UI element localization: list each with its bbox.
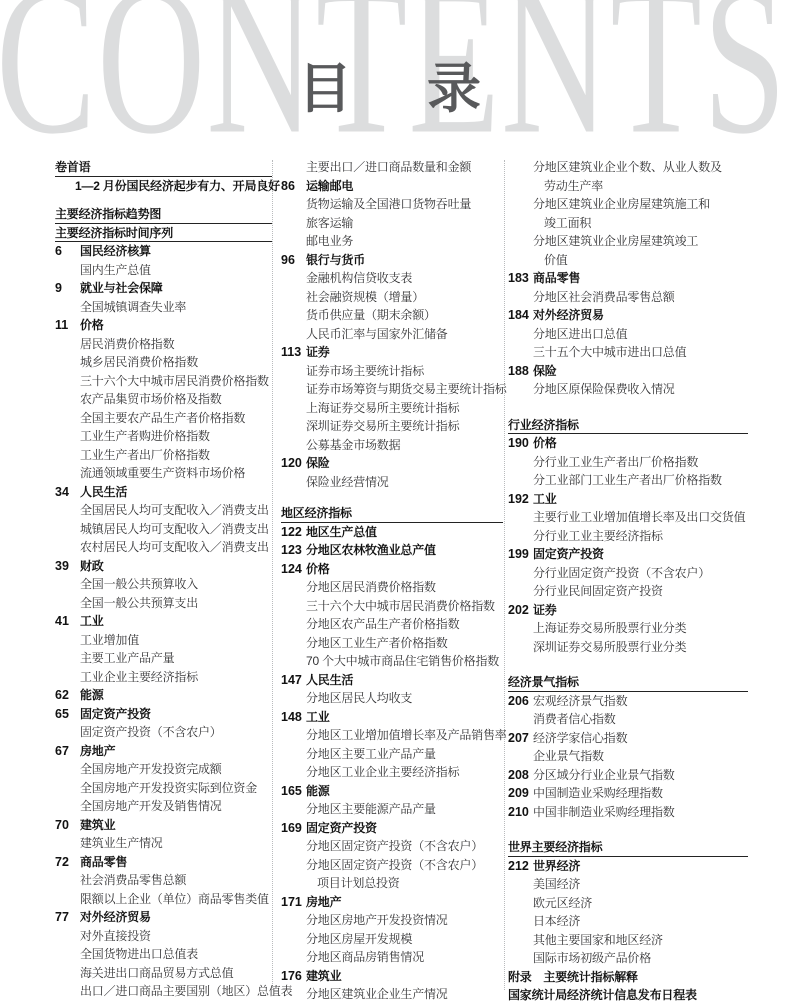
- toc-entry-row: 分地区工业企业主要经济指标: [281, 763, 503, 782]
- toc-page: CONTENTS 目 录 卷首语1—2 月份国民经济起步有力、开局良好主要经济指…: [0, 0, 794, 1004]
- entry-title: 流通领域重要生产资料市场价格: [80, 466, 245, 480]
- page-number: 212: [508, 857, 529, 876]
- page-number: 6: [55, 242, 62, 261]
- entry-title: 价格: [533, 436, 557, 450]
- toc-entry-row: 建筑业生产情况: [55, 834, 272, 853]
- toc-entry-row: 出口／进口商品主要国别（地区）总值表: [55, 982, 272, 1001]
- entry-title: 全国房地产开发投资完成额: [80, 762, 222, 776]
- column-gap: [55, 195, 272, 205]
- entry-title: 建筑业: [306, 969, 341, 983]
- page-number: 202: [508, 601, 529, 620]
- entry-title: 金融机构信贷收支表: [306, 271, 412, 285]
- toc-entry-row: 分行业民间固定资产投资: [508, 582, 748, 601]
- entry-title: 分地区房地产开发投资情况: [306, 913, 448, 927]
- toc-section-header: 主要经济指标趋势图: [55, 205, 272, 224]
- toc-entry-row: 分地区原保险保费收入情况: [508, 380, 748, 399]
- page-number: 113: [281, 343, 301, 362]
- toc-chapter-row: 169固定资产投资: [281, 819, 503, 838]
- page-number: 39: [55, 557, 69, 576]
- entry-title: 价格: [306, 562, 330, 576]
- entry-title: 中国制造业采购经理指数: [533, 786, 663, 800]
- entry-title: 价格: [80, 318, 104, 332]
- entry-title: 经济学家信心指数: [533, 731, 627, 745]
- toc-entry-row: 流通领域重要生产资料市场价格: [55, 464, 272, 483]
- toc-entry-row: 证券市场筹资与期货交易主要统计指标: [281, 380, 503, 399]
- entry-title: 分地区社会消费品零售总额: [533, 290, 675, 304]
- column-divider: [272, 160, 273, 990]
- entry-title: 深圳证券交易所主要统计指标: [306, 419, 459, 433]
- toc-column-left: 卷首语1—2 月份国民经济起步有力、开局良好主要经济指标趋势图主要经济指标时间序…: [55, 158, 272, 1001]
- entry-title: 证券: [533, 603, 557, 617]
- toc-entry-row: 价值: [508, 251, 748, 270]
- entry-title: 工业生产者出厂价格指数: [80, 448, 210, 462]
- toc-entry-row: 日本经济: [508, 912, 748, 931]
- entry-title: 全国主要农产品生产者价格指数: [80, 411, 245, 425]
- entry-title: 其他主要国家和地区经济: [533, 933, 663, 947]
- column-gap: [281, 491, 503, 504]
- toc-entry-row: 货币供应量（期末余额）: [281, 306, 503, 325]
- entry-title: 社会消费品零售总额: [80, 873, 186, 887]
- entry-title: 分地区固定资产投资（不含农户）: [306, 839, 483, 853]
- entry-title: 分地区农林牧渔业总产值: [306, 543, 436, 557]
- page-number: 176: [281, 967, 302, 986]
- toc-chapter-row: 208分区域分行业企业景气指数: [508, 766, 748, 785]
- toc-entry-row: 分地区主要能源产品产量: [281, 800, 503, 819]
- toc-chapter-row: 70建筑业: [55, 816, 272, 835]
- page-number: 171: [281, 893, 302, 912]
- entry-title: 运输邮电: [306, 179, 353, 193]
- entry-title: 分行业固定资产投资（不含农户）: [533, 566, 710, 580]
- entry-title: 出口／进口商品主要国别（地区）总值表: [80, 984, 292, 998]
- toc-entry-row: 消费者信心指数: [508, 710, 748, 729]
- toc-section-header: 主要经济指标时间序列: [55, 224, 272, 243]
- entry-title: 竣工面积: [544, 216, 591, 230]
- entry-title: 公募基金市场数据: [306, 438, 400, 452]
- toc-entry-row: 分地区商品房销售情况: [281, 948, 503, 967]
- entry-title: 固定资产投资（不含农户）: [80, 725, 222, 739]
- entry-title: 分地区主要工业产品产量: [306, 747, 436, 761]
- toc-section-header: 卷首语: [55, 158, 272, 177]
- toc-entry-row: 全国城镇调查失业率: [55, 298, 272, 317]
- toc-entry-row: 主要工业产品产量: [55, 649, 272, 668]
- toc-chapter-row: 192工业: [508, 490, 748, 509]
- entry-title: 分地区原保险保费收入情况: [533, 382, 675, 396]
- entry-title: 证券: [306, 345, 330, 359]
- entry-title: 分地区商品房销售情况: [306, 950, 424, 964]
- toc-chapter-row: 148工业: [281, 708, 503, 727]
- page-number: 41: [55, 612, 69, 631]
- entry-title: 国内生产总值: [80, 263, 151, 277]
- toc-chapter-row: 6国民经济核算: [55, 242, 272, 261]
- entry-title: 财政: [80, 559, 104, 573]
- toc-chapter-row: 202证券: [508, 601, 748, 620]
- toc-entry-row: 全国居民人均可支配收入／消费支出: [55, 501, 272, 520]
- entry-title: 70 个大中城市商品住宅销售价格指数: [306, 654, 499, 668]
- page-title: 目 录: [298, 46, 483, 123]
- toc-section-header: 地区经济指标: [281, 504, 503, 523]
- toc-entry-row: 城镇居民人均可支配收入／消费支出: [55, 520, 272, 539]
- toc-chapter-row: 190价格: [508, 434, 748, 453]
- toc-entry-row: 国际市场初级产品价格: [508, 949, 748, 968]
- toc-chapter-row: 96银行与货币: [281, 251, 503, 270]
- entry-title: 分行业工业主要经济指标: [533, 529, 663, 543]
- toc-entry-row: 全国房地产开发投资实际到位资金: [55, 779, 272, 798]
- column-gap: [508, 821, 748, 838]
- page-number: 184: [508, 306, 529, 325]
- toc-entry-row: 居民消费价格指数: [55, 335, 272, 354]
- toc-entry-row: 分工业部门工业生产者出厂价格指数: [508, 471, 748, 490]
- page-number: 206: [508, 692, 529, 711]
- entry-title: 国际市场初级产品价格: [533, 951, 651, 965]
- entry-title: 企业景气指数: [533, 749, 604, 763]
- page-number: 209: [508, 784, 529, 803]
- entry-title: 日本经济: [533, 914, 580, 928]
- entry-title: 货币供应量（期末余额）: [306, 308, 436, 322]
- toc-section-header: 行业经济指标: [508, 416, 748, 435]
- toc-entry-row: 固定资产投资（不含农户）: [55, 723, 272, 742]
- toc-entry-row: 分地区农产品生产者价格指数: [281, 615, 503, 634]
- entry-title: 上海证券交易所主要统计指标: [306, 401, 459, 415]
- entry-title: 上海证券交易所股票行业分类: [533, 621, 686, 635]
- entry-title: 地区生产总值: [306, 525, 377, 539]
- page-number: 208: [508, 766, 529, 785]
- toc-entry-row: 主要出口／进口商品数量和金额: [281, 158, 503, 177]
- toc-entry-row: 深圳证券交易所主要统计指标: [281, 417, 503, 436]
- entry-title: 工业: [533, 492, 557, 506]
- page-number: 124: [281, 560, 302, 579]
- entry-title: 人民生活: [306, 673, 353, 687]
- entry-title: 建筑业生产情况: [80, 836, 163, 850]
- toc-chapter-row: 209中国制造业采购经理指数: [508, 784, 748, 803]
- entry-title: 城乡居民消费价格指数: [80, 355, 198, 369]
- entry-title: 主要经济指标时间序列: [55, 226, 173, 240]
- toc-entry-row: 项目计划总投资: [281, 874, 503, 893]
- column-gap: [508, 399, 748, 416]
- page-number: 199: [508, 545, 529, 564]
- entry-title: 证券市场主要统计指标: [306, 364, 424, 378]
- entry-title: 保险: [306, 456, 330, 470]
- page-number: 62: [55, 686, 69, 705]
- toc-entry-row: 主要行业工业增加值增长率及出口交货值: [508, 508, 748, 527]
- toc-entry-row: 分地区居民人均收支: [281, 689, 503, 708]
- toc-entry-row: 全国货物进出口总值表: [55, 945, 272, 964]
- entry-title: 分地区固定资产投资（不含农户）: [306, 858, 483, 872]
- toc-entry-row: 社会融资规模（增量）: [281, 288, 503, 307]
- toc-chapter-row: 188保险: [508, 362, 748, 381]
- entry-title: 分地区建筑业企业生产情况: [306, 987, 448, 1001]
- page-number: 183: [508, 269, 529, 288]
- toc-entry-row: 美国经济: [508, 875, 748, 894]
- toc-entry-row: 证券市场主要统计指标: [281, 362, 503, 381]
- page-number: 34: [55, 483, 69, 502]
- toc-entry-row: 分行业工业生产者出厂价格指数: [508, 453, 748, 472]
- page-number: 11: [55, 316, 68, 335]
- entry-title: 房地产: [80, 744, 115, 758]
- toc-entry-row: 公募基金市场数据: [281, 436, 503, 455]
- toc-chapter-row: 65固定资产投资: [55, 705, 272, 724]
- entry-title: 人民生活: [80, 485, 127, 499]
- toc-entry-row: 城乡居民消费价格指数: [55, 353, 272, 372]
- entry-title: 人民币汇率与国家外汇储备: [306, 327, 448, 341]
- page-number: 70: [55, 816, 69, 835]
- toc-entry-row: 国内生产总值: [55, 261, 272, 280]
- entry-title: 分地区工业增加值增长率及产品销售率: [306, 728, 507, 742]
- toc-entry-row: 工业生产者出厂价格指数: [55, 446, 272, 465]
- entry-title: 对外经济贸易: [533, 308, 604, 322]
- entry-title: 世界经济: [533, 859, 580, 873]
- toc-entry-row: 分地区工业生产者价格指数: [281, 634, 503, 653]
- toc-chapter-row: 9就业与社会保障: [55, 279, 272, 298]
- toc-entry-row: 竣工面积: [508, 214, 748, 233]
- toc-chapter-row: 124价格: [281, 560, 503, 579]
- entry-title: 能源: [80, 688, 104, 702]
- entry-title: 三十六个大中城市居民消费价格指数: [306, 599, 495, 613]
- page-number: 192: [508, 490, 529, 509]
- page-number: 169: [281, 819, 302, 838]
- entry-title: 固定资产投资: [533, 547, 604, 561]
- toc-entry-row: 人民币汇率与国家外汇储备: [281, 325, 503, 344]
- entry-title: 国家统计局经济统计信息发布日程表: [508, 988, 697, 1002]
- toc-entry-row: 分地区建筑业企业个数、从业人数及: [508, 158, 748, 177]
- toc-chapter-row: 210中国非制造业采购经理指数: [508, 803, 748, 822]
- entry-title: 分地区建筑业企业房屋建筑施工和: [533, 197, 710, 211]
- entry-title: 主要工业产品产量: [80, 651, 174, 665]
- page-number: 67: [55, 742, 69, 761]
- toc-entry-row: 货物运输及全国港口货物吞吐量: [281, 195, 503, 214]
- entry-title: 居民消费价格指数: [80, 337, 174, 351]
- entry-title: 中国非制造业采购经理指数: [533, 805, 675, 819]
- toc-chapter-row: 62能源: [55, 686, 272, 705]
- entry-title: 城镇居民人均可支配收入／消费支出: [80, 522, 269, 536]
- entry-title: 对外经济贸易: [80, 910, 151, 924]
- entry-title: 证券市场筹资与期货交易主要统计指标: [306, 382, 507, 396]
- entry-title: 就业与社会保障: [80, 281, 163, 295]
- page-number: 120: [281, 454, 302, 473]
- entry-title: 项目计划总投资: [317, 876, 400, 890]
- toc-chapter-row: 212世界经济: [508, 857, 748, 876]
- toc-chapter-row: 199固定资产投资: [508, 545, 748, 564]
- toc-entry-row: 金融机构信贷收支表: [281, 269, 503, 288]
- toc-section-header: 世界主要经济指标: [508, 838, 748, 857]
- entry-title: 世界主要经济指标: [508, 840, 602, 854]
- entry-title: 欧元区经济: [533, 896, 592, 910]
- entry-title: 分地区建筑业企业个数、从业人数及: [533, 160, 722, 174]
- entry-title: 保险业经营情况: [306, 475, 389, 489]
- page-number: 77: [55, 908, 69, 927]
- toc-entry-row: 分行业固定资产投资（不含农户）: [508, 564, 748, 583]
- toc-section-header: 经济景气指标: [508, 673, 748, 692]
- toc-entry-row: 工业企业主要经济指标: [55, 668, 272, 687]
- toc-chapter-row: 72商品零售: [55, 853, 272, 872]
- entry-title: 全国房地产开发投资实际到位资金: [80, 781, 257, 795]
- entry-title: 全国货物进出口总值表: [80, 947, 198, 961]
- toc-entry-row: 分地区房地产开发投资情况: [281, 911, 503, 930]
- entry-title: 全国居民人均可支配收入／消费支出: [80, 503, 269, 517]
- entry-title: 全国城镇调查失业率: [80, 300, 186, 314]
- toc-entry-row: 1—2 月份国民经济起步有力、开局良好: [55, 177, 272, 196]
- toc-chapter-row: 165能源: [281, 782, 503, 801]
- entry-title: 工业: [80, 614, 104, 628]
- entry-title: 固定资产投资: [306, 821, 377, 835]
- toc-entry-row: 社会消费品零售总额: [55, 871, 272, 890]
- entry-title: 能源: [306, 784, 330, 798]
- toc-chapter-row: 176建筑业: [281, 967, 503, 986]
- entry-title: 建筑业: [80, 818, 115, 832]
- entry-title: 商品零售: [533, 271, 580, 285]
- toc-entry-row: 上海证券交易所股票行业分类: [508, 619, 748, 638]
- toc-entry-row: 保险业经营情况: [281, 473, 503, 492]
- toc-entry-row: 分地区主要工业产品产量: [281, 745, 503, 764]
- page-number: 72: [55, 853, 69, 872]
- entry-title: 分区域分行业企业景气指数: [533, 768, 675, 782]
- entry-title: 海关进出口商品贸易方式总值: [80, 966, 233, 980]
- entry-title: 银行与货币: [306, 253, 365, 267]
- entry-title: 对外直接投资: [80, 929, 151, 943]
- entry-title: 分地区工业生产者价格指数: [306, 636, 448, 650]
- toc-entry-row: 分地区进出口总值: [508, 325, 748, 344]
- entry-title: 房地产: [306, 895, 341, 909]
- toc-chapter-row: 206宏观经济景气指数: [508, 692, 748, 711]
- toc-entry-row: 全国一般公共预算收入: [55, 575, 272, 594]
- toc-chapter-row: 86运输邮电: [281, 177, 503, 196]
- entry-title: 全国房地产开发及销售情况: [80, 799, 222, 813]
- toc-entry-row: 劳动生产率: [508, 177, 748, 196]
- entry-title: 分行业工业生产者出厂价格指数: [533, 455, 698, 469]
- toc-entry-row: 全国房地产开发投资完成额: [55, 760, 272, 779]
- toc-chapter-row: 122地区生产总值: [281, 523, 503, 542]
- entry-title: 保险: [533, 364, 557, 378]
- entry-title: 工业企业主要经济指标: [80, 670, 198, 684]
- entry-title: 工业生产者购进价格指数: [80, 429, 210, 443]
- entry-title: 分地区主要能源产品产量: [306, 802, 436, 816]
- entry-title: 1—2 月份国民经济起步有力、开局良好: [75, 179, 280, 193]
- toc-entry-row: 工业生产者购进价格指数: [55, 427, 272, 446]
- toc-chapter-row: 67房地产: [55, 742, 272, 761]
- toc-entry-row: 上海证券交易所主要统计指标: [281, 399, 503, 418]
- page-number: 165: [281, 782, 302, 801]
- toc-entry-row: 分地区建筑业企业生产情况: [281, 985, 503, 1004]
- page-number: 65: [55, 705, 69, 724]
- toc-entry-row: 对外直接投资: [55, 927, 272, 946]
- toc-column-right: 分地区建筑业企业个数、从业人数及劳动生产率分地区建筑业企业房屋建筑施工和竣工面积…: [508, 158, 748, 1004]
- entry-title: 卷首语: [55, 160, 90, 174]
- entry-title: 旅客运输: [306, 216, 353, 230]
- toc-entry-row: 其他主要国家和地区经济: [508, 931, 748, 950]
- entry-title: 分地区工业企业主要经济指标: [306, 765, 459, 779]
- toc-entry-row: 分地区工业增加值增长率及产品销售率: [281, 726, 503, 745]
- toc-chapter-row: 41工业: [55, 612, 272, 631]
- entry-title: 国民经济核算: [80, 244, 151, 258]
- page-number: 86: [281, 177, 295, 196]
- entry-title: 社会融资规模（增量）: [306, 290, 424, 304]
- toc-entry-row: 分地区固定资产投资（不含农户）: [281, 837, 503, 856]
- toc-chapter-row: 120保险: [281, 454, 503, 473]
- entry-title: 宏观经济景气指数: [533, 694, 627, 708]
- entry-title: 分地区房屋开发规模: [306, 932, 412, 946]
- entry-title: 邮电业务: [306, 234, 353, 248]
- page-number: 96: [281, 251, 295, 270]
- toc-chapter-row: 184对外经济贸易: [508, 306, 748, 325]
- entry-title: 深圳证券交易所股票行业分类: [533, 640, 686, 654]
- toc-entry-row: 附录 主要统计指标解释: [508, 968, 748, 987]
- toc-entry-row: 三十五个大中城市进出口总值: [508, 343, 748, 362]
- entry-title: 工业: [306, 710, 330, 724]
- toc-entry-row: 工业增加值: [55, 631, 272, 650]
- toc-entry-row: 70 个大中城市商品住宅销售价格指数: [281, 652, 503, 671]
- toc-entry-row: 国家统计局经济统计信息发布日程表: [508, 986, 748, 1004]
- entry-title: 分地区建筑业企业房屋建筑竣工: [533, 234, 698, 248]
- toc-chapter-row: 123分地区农林牧渔业总产值: [281, 541, 503, 560]
- page-number: 9: [55, 279, 62, 298]
- toc-entry-row: 分地区居民消费价格指数: [281, 578, 503, 597]
- page-number: 122: [281, 523, 302, 542]
- toc-chapter-row: 39财政: [55, 557, 272, 576]
- toc-entry-row: 深圳证券交易所股票行业分类: [508, 638, 748, 657]
- entry-title: 分地区农产品生产者价格指数: [306, 617, 459, 631]
- toc-column-middle: 主要出口／进口商品数量和金额86运输邮电货物运输及全国港口货物吞吐量旅客运输邮电…: [281, 158, 503, 1004]
- entry-title: 分地区居民消费价格指数: [306, 580, 436, 594]
- page-number: 147: [281, 671, 302, 690]
- entry-title: 主要行业工业增加值增长率及出口交货值: [533, 510, 745, 524]
- toc-chapter-row: 77对外经济贸易: [55, 908, 272, 927]
- toc-chapter-row: 11价格: [55, 316, 272, 335]
- entry-title: 主要出口／进口商品数量和金额: [306, 160, 471, 174]
- toc-chapter-row: 171房地产: [281, 893, 503, 912]
- column-gap: [508, 656, 748, 673]
- toc-entry-row: 分行业工业主要经济指标: [508, 527, 748, 546]
- entry-title: 农产品集贸市场价格及指数: [80, 392, 222, 406]
- column-divider: [504, 160, 505, 990]
- toc-entry-row: 分地区房屋开发规模: [281, 930, 503, 949]
- page-number: 148: [281, 708, 302, 727]
- toc-entry-row: 农村居民人均可支配收入／消费支出: [55, 538, 272, 557]
- page-number: 188: [508, 362, 529, 381]
- entry-title: 附录 主要统计指标解释: [508, 970, 638, 984]
- entry-title: 消费者信心指数: [533, 712, 616, 726]
- entry-title: 地区经济指标: [281, 506, 352, 520]
- entry-title: 分地区进出口总值: [533, 327, 627, 341]
- page-number: 207: [508, 729, 529, 748]
- toc-entry-row: 欧元区经济: [508, 894, 748, 913]
- entry-title: 全国一般公共预算支出: [80, 596, 198, 610]
- toc-entry-row: 全国主要农产品生产者价格指数: [55, 409, 272, 428]
- entry-title: 限额以上企业（单位）商品零售类值: [80, 892, 269, 906]
- entry-title: 劳动生产率: [544, 179, 603, 193]
- page-number: 123: [281, 541, 302, 560]
- toc-entry-row: 三十六个大中城市居民消费价格指数: [55, 372, 272, 391]
- entry-title: 行业经济指标: [508, 418, 579, 432]
- toc-chapter-row: 147人民生活: [281, 671, 503, 690]
- entry-title: 三十五个大中城市进出口总值: [533, 345, 686, 359]
- entry-title: 主要经济指标趋势图: [55, 207, 161, 221]
- entry-title: 价值: [544, 253, 568, 267]
- entry-title: 美国经济: [533, 877, 580, 891]
- entry-title: 经济景气指标: [508, 675, 579, 689]
- entry-title: 分行业民间固定资产投资: [533, 584, 663, 598]
- toc-chapter-row: 113证券: [281, 343, 503, 362]
- page-number: 190: [508, 434, 529, 453]
- toc-entry-row: 海关进出口商品贸易方式总值: [55, 964, 272, 983]
- entry-title: 农村居民人均可支配收入／消费支出: [80, 540, 269, 554]
- entry-title: 分地区居民人均收支: [306, 691, 412, 705]
- toc-entry-row: 三十六个大中城市居民消费价格指数: [281, 597, 503, 616]
- toc-entry-row: 旅客运输: [281, 214, 503, 233]
- toc-entry-row: 分地区建筑业企业房屋建筑施工和: [508, 195, 748, 214]
- toc-chapter-row: 183商品零售: [508, 269, 748, 288]
- toc-entry-row: 邮电业务: [281, 232, 503, 251]
- entry-title: 全国一般公共预算收入: [80, 577, 198, 591]
- toc-entry-row: 企业景气指数: [508, 747, 748, 766]
